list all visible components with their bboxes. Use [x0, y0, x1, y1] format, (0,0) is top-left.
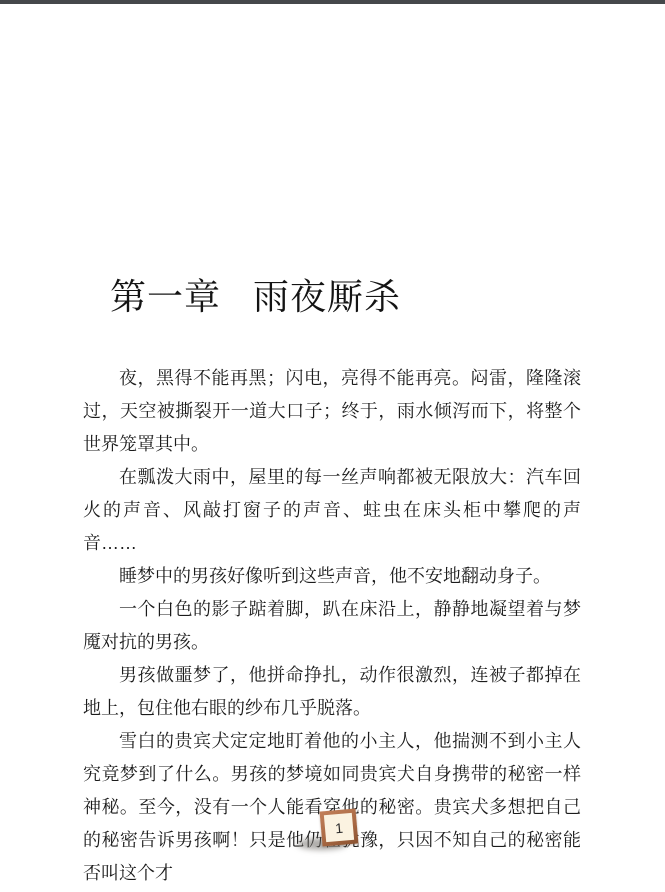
paragraph: 夜，黑得不能再黑；闪电，亮得不能再亮。闷雷，隆隆滚过，天空被撕裂开一道大口子；终… — [83, 362, 581, 461]
chapter-heading: 第一章雨夜厮杀 — [110, 272, 401, 324]
chapter-title: 雨夜厮杀 — [253, 277, 401, 318]
page-number-frame-inner: 1 — [324, 813, 354, 842]
paragraph: 雪白的贵宾犬定定地盯着他的小主人，他揣测不到小主人究竟梦到了什么。男孩的梦境如同… — [83, 725, 581, 890]
paragraph: 在瓢泼大雨中，屋里的每一丝声响都被无限放大：汽车回火的声音、风敲打窗子的声音、蛀… — [83, 461, 581, 560]
page-number: 1 — [334, 820, 343, 835]
window-edge-bar — [0, 0, 665, 4]
page-number-badge: 1 — [320, 808, 359, 846]
paragraph: 男孩做噩梦了，他拼命挣扎，动作很激烈，连被子都掉在地上，包住他右眼的纱布几乎脱落… — [83, 659, 581, 725]
book-page: 第一章雨夜厮杀 夜，黑得不能再黑；闪电，亮得不能再亮。闷雷，隆隆滚过，天空被撕裂… — [0, 0, 665, 892]
paragraph: 一个白色的影子踮着脚，趴在床沿上，静静地凝望着与梦魇对抗的男孩。 — [83, 593, 581, 659]
chapter-number-label: 第一章 — [110, 272, 221, 324]
paragraph: 睡梦中的男孩好像听到这些声音，他不安地翻动身子。 — [83, 560, 581, 593]
